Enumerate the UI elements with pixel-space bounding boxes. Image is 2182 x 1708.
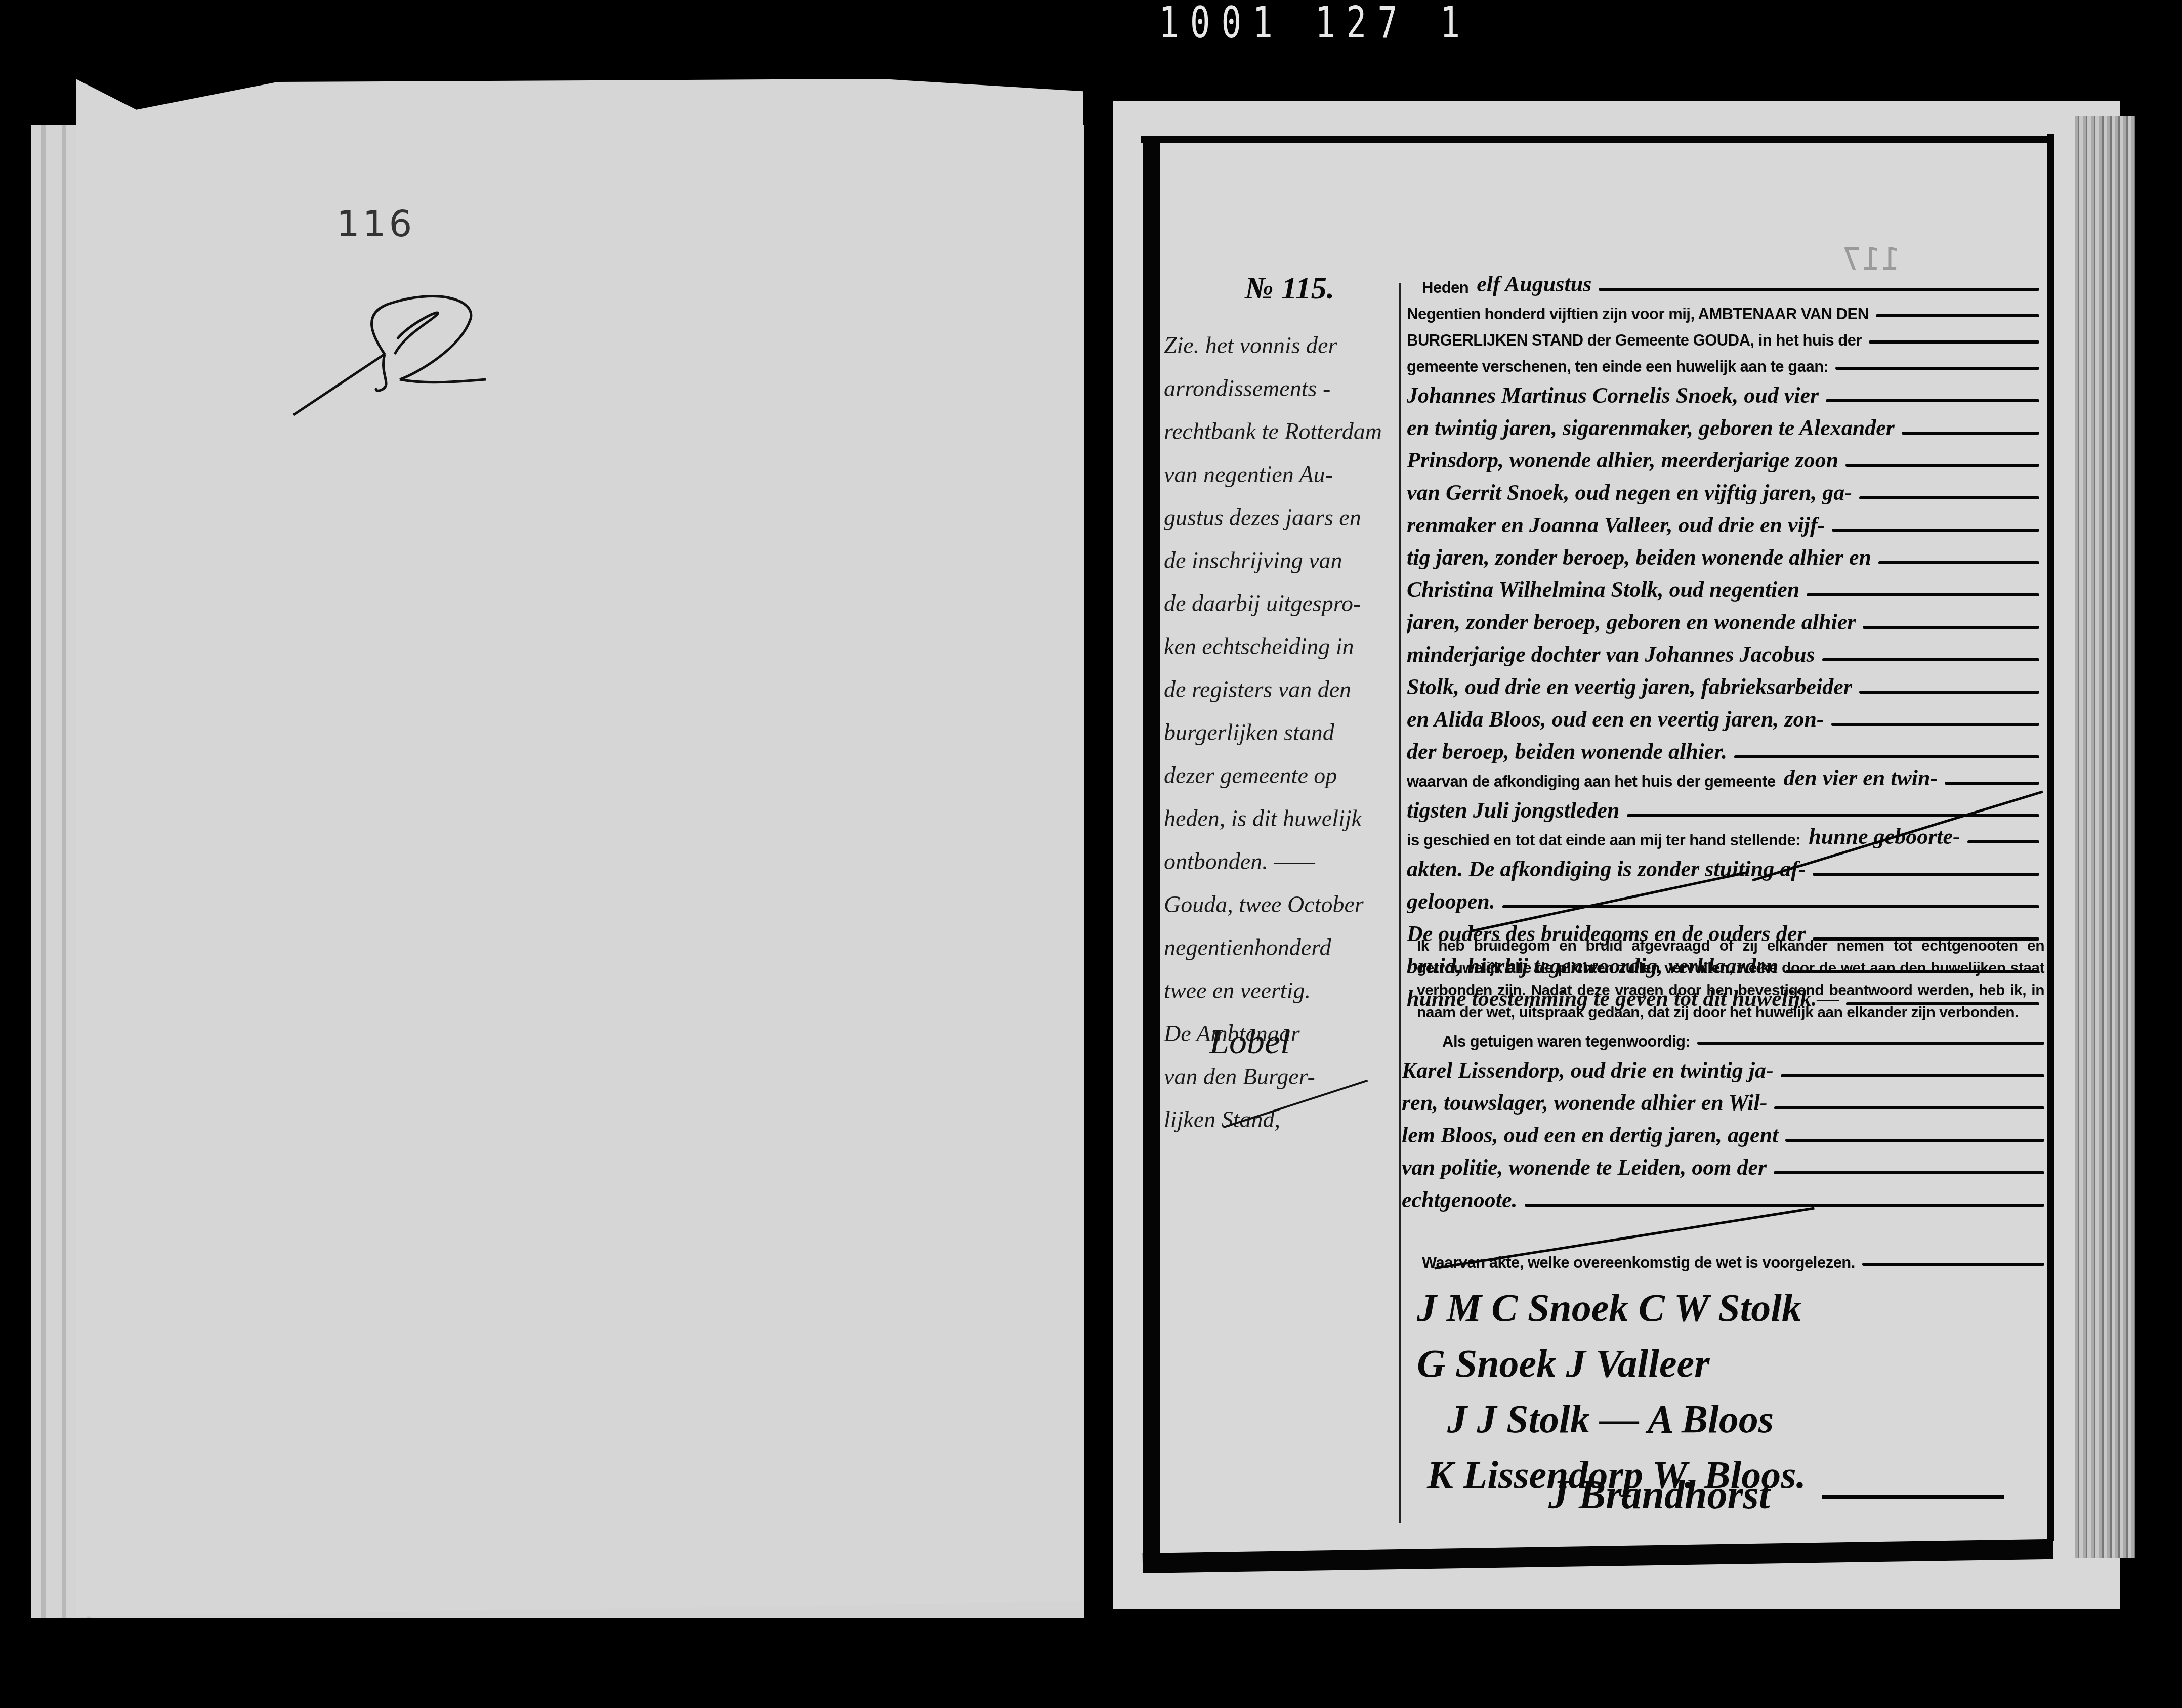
margin-annotation-line: heden, is dit huwelijk — [1164, 797, 1397, 840]
left-page — [76, 79, 1083, 1617]
printed-text: Heden — [1407, 279, 1468, 297]
filler-rule — [1525, 1204, 2044, 1207]
filler-rule — [1902, 432, 2039, 435]
handwritten-text: jaren, zonder beroep, geboren en wonende… — [1407, 609, 1856, 635]
act-line: tigsten Juli jongstleden — [1407, 791, 2039, 823]
margin-annotation-line: lijken Stand, — [1164, 1098, 1397, 1141]
signature-row: G Snoek J Valleer — [1417, 1336, 1806, 1391]
handwritten-text: Karel Lissendorp, oud drie en twintig ja… — [1402, 1057, 1774, 1083]
filler-rule — [1807, 593, 2039, 596]
filler-rule — [1774, 1171, 2044, 1174]
act-line: is geschied en tot dat einde aan mij ter… — [1407, 823, 2039, 849]
handwritten-text: geloopen. — [1407, 888, 1495, 914]
filler-rule — [1945, 782, 2039, 785]
handwritten-text: elf Augustus — [1477, 271, 1591, 297]
act-line: minderjarige dochter van Johannes Jacobu… — [1407, 635, 2039, 667]
act-line: geloopen. — [1407, 882, 2039, 914]
margin-annotation-line: rechtbank te Rotterdam — [1164, 410, 1397, 453]
margin-annotation-line: burgerlijken stand — [1164, 711, 1397, 754]
act-line: van Gerrit Snoek, oud negen en vijftig j… — [1407, 473, 2039, 505]
filler-rule — [1781, 1074, 2044, 1077]
handwritten-text: en Alida Bloos, oud een en veertig jaren… — [1407, 706, 1824, 732]
column-divider — [1399, 283, 1401, 1523]
filler-rule — [1734, 755, 2039, 758]
signature-row: J J Stolk — A Bloos — [1417, 1391, 1806, 1447]
act-line: BURGERLIJKEN STAND der Gemeente GOUDA, i… — [1407, 323, 2039, 350]
witness-line: echtgenoote. — [1402, 1180, 2044, 1213]
handwritten-text: Stolk, oud drie en veertig jaren, fabrie… — [1407, 674, 1852, 700]
filler-rule — [1835, 367, 2039, 370]
margin-annotation-line: de inschrijving van — [1164, 539, 1397, 582]
form-border — [1141, 136, 2052, 143]
handwritten-text: den vier en twin- — [1784, 765, 1938, 791]
page-fore-edge — [2075, 116, 2135, 1558]
printed-text: gemeente verschenen, ten einde een huwel… — [1407, 358, 1828, 376]
margin-annotation-line: Gouda, twee October — [1164, 883, 1397, 926]
margin-annotation-line: dezer gemeente op — [1164, 754, 1397, 797]
printed-text: is geschied en tot dat einde aan mij ter… — [1407, 831, 1800, 849]
margin-annotation-line: de registers van den — [1164, 668, 1397, 711]
filler-rule — [1869, 340, 2039, 344]
margin-annotation-line: negentienhonderd — [1164, 926, 1397, 969]
margin-annotation: Zie. het vonnis derarrondissements -rech… — [1164, 324, 1397, 1234]
act-line: gemeente verschenen, ten einde een huwel… — [1407, 350, 2039, 376]
filler-rule — [1859, 496, 2039, 499]
handwritten-text: renmaker en Joanna Valleer, oud drie en … — [1407, 512, 1825, 538]
witnesses-label: Als getuigen waren tegenwoordig: — [1442, 1033, 1690, 1051]
act-line: Christina Wilhelmina Stolk, oud negentie… — [1407, 570, 2039, 603]
handwritten-text: akten. De afkondiging is zonder stuiting… — [1407, 856, 1806, 882]
handwritten-text: hunne geboorte- — [1809, 824, 1960, 849]
act-line: Johannes Martinus Cornelis Snoek, oud vi… — [1407, 376, 2039, 408]
filler-rule — [1863, 626, 2039, 629]
page-number: 116 — [337, 202, 415, 245]
party-signatures: J M C Snoek C W StolkG Snoek J ValleerJ … — [1417, 1280, 1806, 1503]
filler-rule — [1876, 314, 2039, 317]
closing-formula: Waarvan akte, welke overeenkomstig de we… — [1422, 1246, 2044, 1272]
witness-line: van politie, wonende te Leiden, oom der — [1402, 1148, 2044, 1180]
handwritten-text: tigsten Juli jongstleden — [1407, 797, 1620, 823]
printed-text: Negentien honderd vijftien zijn voor mij… — [1407, 305, 1869, 323]
margin-annotation-line: gustus dezes jaars en — [1164, 496, 1397, 539]
registrar-signature: J Brandhorst — [1548, 1472, 1770, 1518]
handwritten-text: Johannes Martinus Cornelis Snoek, oud vi… — [1407, 382, 1819, 408]
filler-rule — [1967, 840, 2039, 843]
margin-annotation-line: de daarbij uitgespro- — [1164, 582, 1397, 625]
filler-rule — [1785, 1139, 2044, 1142]
handwritten-text: van Gerrit Snoek, oud negen en vijftig j… — [1407, 480, 1852, 505]
filler-rule — [1774, 1106, 2044, 1109]
handwritten-text: Prinsdorp, wonende alhier, meerderjarige… — [1407, 447, 1838, 473]
filler-rule — [1859, 691, 2039, 694]
filler-rule — [1822, 658, 2039, 661]
declaration-text: Ik heb bruidegom en bruid afgevraagd of … — [1417, 935, 2044, 1024]
margin-annotation-line: ken echtscheiding in — [1164, 625, 1397, 668]
handwritten-text: tig jaren, zonder beroep, beiden wonende… — [1407, 544, 1871, 570]
filler-rule — [1826, 399, 2039, 402]
handwritten-text: minderjarige dochter van Johannes Jacobu… — [1407, 642, 1815, 667]
witnesses-section: Als getuigen waren tegenwoordig: Karel L… — [1402, 1024, 2044, 1213]
act-line: jaren, zonder beroep, geboren en wonende… — [1407, 603, 2039, 635]
marriage-act-body: Hedenelf AugustusNegentien honderd vijft… — [1407, 271, 2039, 1011]
printed-text: BURGERLIJKEN STAND der Gemeente GOUDA, i… — [1407, 331, 1862, 350]
filler-rule — [1878, 561, 2039, 564]
act-number: № 115. — [1245, 271, 1334, 307]
handwritten-text: der beroep, beiden wonende alhier. — [1407, 739, 1727, 764]
act-line: tig jaren, zonder beroep, beiden wonende… — [1407, 538, 2039, 570]
handwritten-text: van politie, wonende te Leiden, oom der — [1402, 1155, 1767, 1180]
act-line: Prinsdorp, wonende alhier, meerderjarige… — [1407, 441, 2039, 473]
margin-annotation-line: ontbonden. —— — [1164, 840, 1397, 883]
form-border — [1143, 142, 1160, 1563]
margin-annotation-line: van negentien Au- — [1164, 453, 1397, 496]
handwritten-text: Christina Wilhelmina Stolk, oud negentie… — [1407, 577, 1799, 603]
act-line: Negentien honderd vijftien zijn voor mij… — [1407, 297, 2039, 323]
margin-annotation-line: arrondissements - — [1164, 367, 1397, 410]
witness-line: ren, touwslager, wonende alhier en Wil- — [1402, 1083, 2044, 1116]
filler-rule — [1845, 464, 2039, 467]
act-line: der beroep, beiden wonende alhier. — [1407, 732, 2039, 764]
form-border — [2047, 134, 2054, 1541]
act-line: en twintig jaren, sigarenmaker, geboren … — [1407, 408, 2039, 441]
filler-rule — [1599, 288, 2039, 291]
margin-annotation-signature: Lobel — [1209, 1022, 1290, 1062]
printed-text: waarvan de afkondiging aan het huis der … — [1407, 773, 1776, 791]
handwritten-text: ren, touwslager, wonende alhier en Wil- — [1402, 1090, 1767, 1116]
filler-rule — [1627, 814, 2039, 817]
filler-rule — [1831, 723, 2039, 726]
act-line: waarvan de afkondiging aan het huis der … — [1407, 764, 2039, 791]
handwritten-text: echtgenoote. — [1402, 1187, 1518, 1213]
witness-line: lem Bloos, oud een en dertig jaren, agen… — [1402, 1116, 2044, 1148]
act-line: en Alida Bloos, oud een en veertig jaren… — [1407, 700, 2039, 732]
margin-annotation-line: twee en veertig. — [1164, 969, 1397, 1012]
act-line: Stolk, oud drie en veertig jaren, fabrie… — [1407, 667, 2039, 700]
witness-line: Karel Lissendorp, oud drie en twintig ja… — [1402, 1051, 2044, 1083]
act-line: Hedenelf Augustus — [1407, 271, 2039, 297]
paraph-signature — [283, 263, 496, 425]
handwritten-text: lem Bloos, oud een en dertig jaren, agen… — [1402, 1122, 1778, 1148]
filler-rule — [1813, 873, 2039, 876]
signature-underline — [1822, 1495, 2004, 1499]
act-line: renmaker en Joanna Valleer, oud drie en … — [1407, 505, 2039, 538]
frame-counter: 1001 127 1 — [1159, 0, 1471, 46]
filler-rule — [1832, 529, 2039, 532]
handwritten-text: en twintig jaren, sigarenmaker, geboren … — [1407, 415, 1895, 441]
signature-row: J M C Snoek C W Stolk — [1417, 1280, 1806, 1336]
margin-annotation-line: Zie. het vonnis der — [1164, 324, 1397, 367]
